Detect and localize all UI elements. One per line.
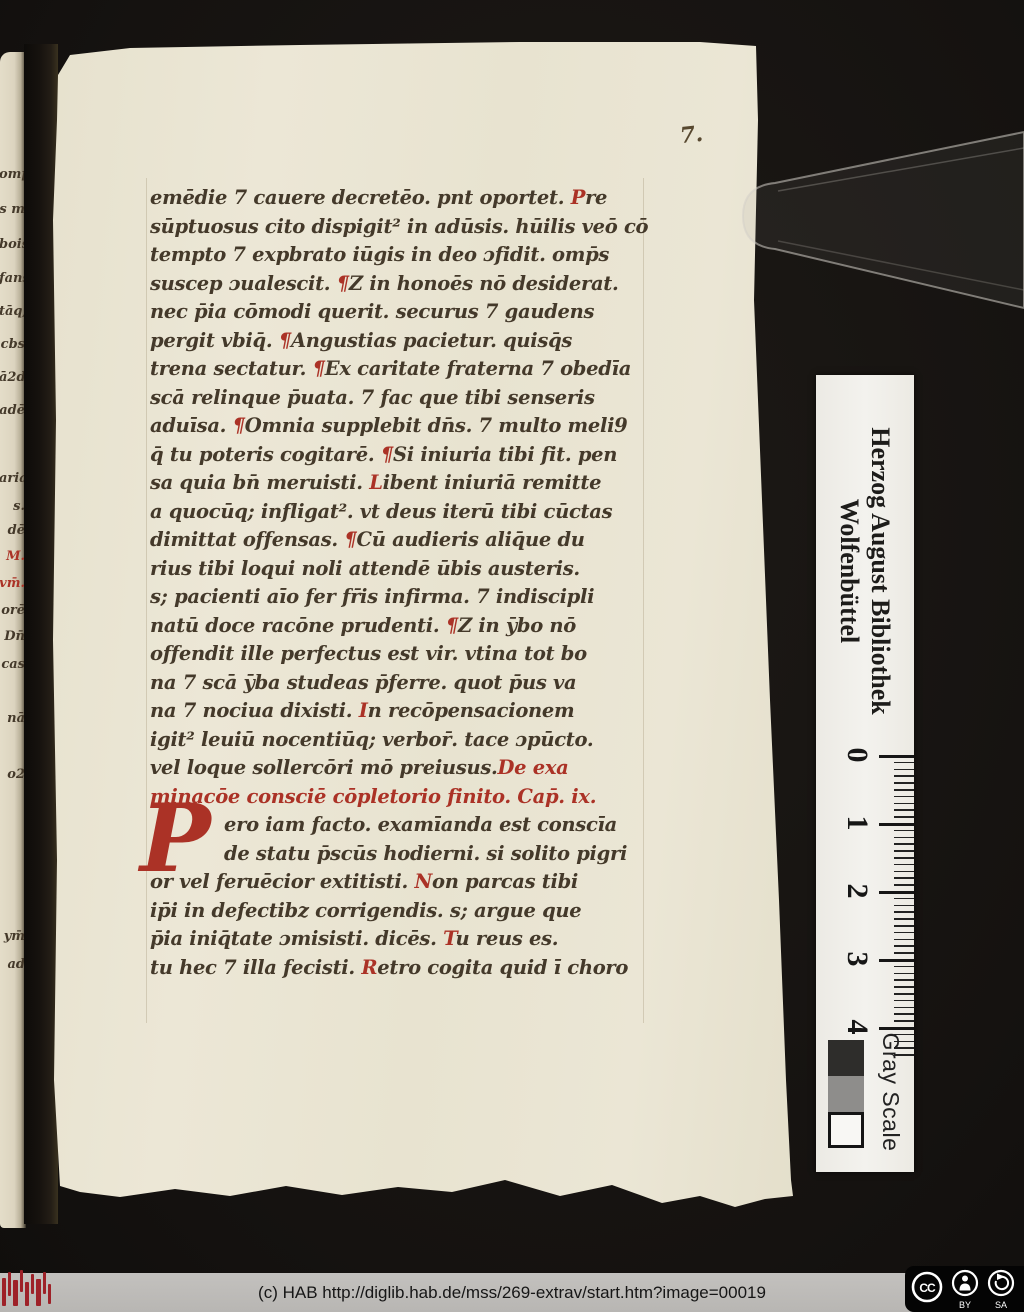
plexi-outline	[743, 132, 1024, 308]
ink-segment: vel loque sollercōri mō preiusus.	[150, 756, 498, 779]
scale-card-content: Herzog August Bibliothek Wolfenbüttel 01…	[816, 375, 914, 1172]
cc-license-icons: CC BY SA	[905, 1266, 1024, 1312]
ink-segment: tu hec 7 illa fecisti.	[150, 956, 361, 979]
ink-segment: Angustias pacietur. quisq̄s	[291, 329, 572, 352]
ink-segment: suscep ɔualescit.	[150, 272, 337, 295]
by-icon-body	[960, 1284, 971, 1291]
manuscript-line: a quocūq; infligat². vt deus iterū tibi …	[150, 500, 680, 529]
manuscript-line: suscep ɔualescit. ¶Z in honoēs nō deside…	[150, 272, 680, 301]
rubric-segment: T	[443, 927, 455, 950]
gray-scale-label: Gray Scale	[877, 1027, 904, 1157]
facing-page-text-fragment: aria.	[0, 472, 26, 486]
barcode-bar	[20, 1270, 23, 1292]
ruler-tick	[894, 1020, 914, 1022]
ink-segment: na 7 nociua dixisti.	[150, 699, 359, 722]
ruler-number: 2	[840, 871, 874, 911]
ruler-tick	[894, 918, 914, 920]
manuscript-line: de statu p̄scūs hodierni. si solito pigr…	[224, 842, 680, 871]
manuscript-line: tu hec 7 illa fecisti. Retro cogita quid…	[150, 956, 680, 985]
ink-segment: q̄ tu poteris cogitarē.	[150, 443, 381, 466]
facing-page-text-fragment: fans	[0, 272, 26, 286]
rubric-segment: ¶	[313, 357, 325, 380]
ink-segment: trena sectatur.	[150, 357, 313, 380]
facing-page-text-fragment: adē	[0, 404, 26, 418]
rubric-segment: ¶	[233, 414, 245, 437]
facing-page-text-fragment: ā2d	[0, 371, 26, 385]
ink-segment: n recōpensacionem	[368, 699, 575, 722]
ink-segment: tempto 7 expbrato iūgis in deo ɔfidit. o…	[150, 243, 609, 266]
ink-segment: dimittat offensas.	[150, 528, 344, 551]
ruler-number: 1	[840, 803, 874, 843]
rubric-segment: N	[414, 870, 432, 893]
ink-segment: aduīsa.	[150, 414, 233, 437]
manuscript-line: aduīsa. ¶Omnia supplebit dn̄s. 7 multo m…	[150, 414, 680, 443]
ink-segment: Si iniuria tibi fit. pen	[393, 443, 617, 466]
ruler-tick	[894, 809, 914, 811]
rubric-segment: L	[369, 471, 382, 494]
ruler-tick	[894, 816, 914, 818]
ink-segment: u reus es.	[456, 927, 559, 950]
ruler-number: 0	[840, 735, 874, 775]
facing-page-text-fragment: s.	[0, 500, 26, 514]
facing-page-text-fragment: ym̄	[0, 930, 26, 944]
ruler-tick	[894, 789, 914, 791]
manuscript-line: ero iam facto. examīanda est conscīa	[224, 813, 680, 842]
manuscript-line: na 7 nociua dixisti. In recōpensacionem	[150, 699, 680, 728]
ruler-tick	[894, 871, 914, 873]
ink-segment: a quocūq; infligat². vt deus iterū tibi …	[150, 500, 612, 523]
ink-segment: ibent iniuriā remitte	[383, 471, 602, 494]
sa-icon	[989, 1271, 1013, 1295]
facing-page-text-fragment: dē	[0, 524, 26, 538]
barcode-bar	[43, 1272, 46, 1294]
facing-page-edge: ompās mboisfanstāq;cbsā2dadēaria.s.dēM.v…	[0, 52, 26, 1228]
manuscript-text-block: emēdie 7 cauere decretēo. pnt oportet. P…	[150, 186, 680, 984]
ruler-tick	[894, 1007, 914, 1009]
gray-scale-patch	[828, 1040, 864, 1076]
barcode-bar	[48, 1284, 51, 1304]
ruler-tick	[894, 952, 914, 954]
ink-segment: etro cogita quid ī choro	[377, 956, 628, 979]
facing-page-text-fragment: Dn̄	[0, 630, 26, 644]
manuscript-line: igit² leuiū nocentiūq; verbor̄. tace ɔpū…	[150, 728, 680, 757]
manuscript-line: sa quia bn̄ meruisti. Libent iniuriā rem…	[150, 471, 680, 500]
gray-scale-patches	[828, 1040, 864, 1148]
ruler-tick	[894, 966, 914, 968]
manuscript-line: p̄ia iniq̄tate ɔmisisti. dicēs. Tu reus …	[150, 927, 680, 956]
rubric-segment: ¶	[381, 443, 393, 466]
ruler-tick	[894, 898, 914, 900]
ruler-tick	[894, 986, 914, 988]
ruler-tick	[894, 945, 914, 947]
sa-icon-arrowhead	[997, 1274, 1005, 1281]
ink-segment: Omnia supplebit dn̄s. 7 multo meli9	[245, 414, 628, 437]
ruler-tick	[879, 755, 914, 758]
ruler-tick	[894, 939, 914, 941]
ruler-tick	[894, 1000, 914, 1002]
manuscript-line: offendit ille perfectus est vir. vtina t…	[150, 642, 680, 671]
facing-page-text-fragment: bois	[0, 238, 26, 252]
manuscript-line: q̄ tu poteris cogitarē. ¶Si iniuria tibi…	[150, 443, 680, 472]
ruler-number: 3	[840, 939, 874, 979]
rubric-segment: P	[571, 186, 585, 209]
manuscript-line: dimittat offensas. ¶Cū audieris aliq̄ue …	[150, 528, 680, 557]
manuscript-line: nec p̄ia cōmodi querit. securus 7 gauden…	[150, 300, 680, 329]
ruler-tick	[894, 857, 914, 859]
by-icon-head	[962, 1276, 968, 1282]
ink-segment: on parcas tibi	[432, 870, 578, 893]
barcode-bar	[25, 1282, 29, 1306]
manuscript-line: scā relinque p̄uata. 7 fac que tibi sens…	[150, 386, 680, 415]
ruler-tick	[879, 959, 914, 962]
barcode-bar	[31, 1274, 34, 1294]
gray-scale-patch	[828, 1112, 864, 1148]
ruler-tick	[894, 979, 914, 981]
ruler-tick	[894, 830, 914, 832]
ink-segment: Z in ȳbo nō	[458, 614, 576, 637]
sa-label: SA	[995, 1300, 1007, 1310]
cc-icon-text: CC	[919, 1281, 936, 1295]
ruler-tick	[894, 1013, 914, 1015]
rubric-segment: minacōe consciē cōpletorio finito. Cap̄.…	[150, 785, 596, 808]
manuscript-line: s; pacienti aīo fer fr̄is infirma. 7 ind…	[150, 585, 680, 614]
rubric-segment: ¶	[337, 272, 349, 295]
ruler-tick	[894, 850, 914, 852]
barcode-bar	[13, 1280, 18, 1306]
manuscript-page: 7. emēdie 7 cauere decretēo. pnt oportet…	[28, 38, 796, 1218]
manuscript-line: emēdie 7 cauere decretēo. pnt oportet. P…	[150, 186, 680, 215]
manuscript-line: sūptuosus cito dispigit² in adūsis. hūil…	[150, 215, 680, 244]
facing-page-text-fragment: cas	[0, 658, 26, 672]
ruler-tick	[894, 843, 914, 845]
ink-segment: Z in honoēs nō desiderat.	[349, 272, 619, 295]
ruler-tick	[894, 877, 914, 879]
ink-segment: igit² leuiū nocentiūq; verbor̄. tace ɔpū…	[150, 728, 593, 751]
ink-segment: p̄ia iniq̄tate ɔmisisti. dicēs.	[150, 927, 443, 950]
manuscript-line: vel loque sollercōri mō preiusus.De exa	[150, 756, 680, 785]
rubric-segment: ¶	[279, 329, 291, 352]
ink-segment: ip̄i in defectibz corrigendis. s; argue …	[150, 899, 581, 922]
margin-ruling-left	[146, 178, 147, 1023]
gray-scale-patch	[828, 1076, 864, 1112]
gutter-shadow	[24, 44, 58, 1224]
ruler-tick	[879, 891, 914, 894]
ruler-tick	[894, 837, 914, 839]
ruler-tick	[894, 864, 914, 866]
manuscript-line: rius tibi loqui noli attendē ūbis auster…	[150, 557, 680, 586]
barcode-bar	[2, 1278, 6, 1306]
ink-segment: nec p̄ia cōmodi querit. securus 7 gauden…	[150, 300, 594, 323]
facing-page-text-fragment: vm̄.	[0, 577, 26, 591]
ink-segment: rius tibi loqui noli attendē ūbis auster…	[150, 557, 580, 580]
ruler-tick	[894, 925, 914, 927]
scale-card: Herzog August Bibliothek Wolfenbüttel 01…	[816, 375, 914, 1172]
facing-page-text-fragment: ompā	[0, 168, 26, 182]
facing-page-text-fragment: orē	[0, 604, 26, 618]
ruler-tick	[894, 932, 914, 934]
ink-segment: natū doce racōne prudenti.	[150, 614, 446, 637]
rubric-segment: De exa	[498, 756, 569, 779]
manuscript-line: minacōe consciē cōpletorio finito. Cap̄.…	[150, 785, 680, 814]
manuscript-line: natū doce racōne prudenti. ¶Z in ȳbo nō	[150, 614, 680, 643]
ink-segment: Ex caritate fraterna 7 obedīa	[325, 357, 631, 380]
ink-segment: emēdie 7 cauere decretēo. pnt oportet.	[150, 186, 571, 209]
manuscript-line: tempto 7 expbrato iūgis in deo ɔfidit. o…	[150, 243, 680, 272]
ruler-tick	[894, 884, 914, 886]
manuscript-line: or vel feruēcior extitisti. Non parcas t…	[150, 870, 680, 899]
facing-page-text-fragment: ad	[0, 958, 26, 972]
manuscript-line: na 7 scā ȳba studeas p̄ferre. quot p̄us …	[150, 671, 680, 700]
ruler-tick	[894, 769, 914, 771]
barcode-bar	[8, 1272, 11, 1296]
ruler-tick	[894, 973, 914, 975]
rubric-segment: R	[361, 956, 377, 979]
rubric-segment: I	[359, 699, 368, 722]
manuscript-line: pergit vbiq̄. ¶Angustias pacietur. quisq…	[150, 329, 680, 358]
ink-segment: sa quia bn̄ meruisti.	[150, 471, 369, 494]
rubric-segment: ¶	[344, 528, 356, 551]
ruler-tick	[894, 911, 914, 913]
ink-segment: offendit ille perfectus est vir. vtina t…	[150, 642, 587, 665]
plexi-shadow-edge	[778, 241, 1024, 290]
ruler-tick	[894, 775, 914, 777]
manuscript-line: ip̄i in defectibz corrigendis. s; argue …	[150, 899, 680, 928]
plexi-highlight	[778, 148, 1024, 191]
facing-page-text-fragment: s m	[0, 203, 26, 217]
barcode-mark	[2, 1270, 54, 1310]
ink-segment: de statu p̄scūs hodierni. si solito pigr…	[224, 842, 627, 865]
ink-segment: s; pacienti aīo fer fr̄is infirma. 7 ind…	[150, 585, 594, 608]
by-icon	[953, 1271, 977, 1295]
footer-bar: (c) HAB http://diglib.hab.de/mss/269-ext…	[0, 1273, 1024, 1312]
ruler-tick	[894, 905, 914, 907]
cc-license-badge: CC BY SA	[905, 1266, 1024, 1312]
manuscript-line: trena sectatur. ¶Ex caritate fraterna 7 …	[150, 357, 680, 386]
ink-segment: scā relinque p̄uata. 7 fac que tibi sens…	[150, 386, 595, 409]
by-label: BY	[959, 1300, 971, 1310]
ruler-tick	[894, 762, 914, 764]
ruler-tick	[894, 782, 914, 784]
facing-page-text-fragment: M.	[0, 550, 26, 564]
rubricated-initial: P	[140, 794, 211, 884]
ink-segment: Cū audieris aliq̄ue du	[356, 528, 584, 551]
facing-page-text-fragment: nā	[0, 712, 26, 726]
facing-page-text-fragment: tāq;	[0, 305, 26, 319]
ink-segment: re	[585, 186, 607, 209]
ink-segment: pergit vbiq̄.	[150, 329, 279, 352]
ink-segment: sūptuosus cito dispigit² in adūsis. hūil…	[150, 215, 648, 238]
ruler-tick	[879, 823, 914, 826]
barcode-bar	[36, 1279, 41, 1306]
ink-segment: na 7 scā ȳba studeas p̄ferre. quot p̄us …	[150, 671, 576, 694]
ruler-tick	[894, 803, 914, 805]
facing-page-text-fragment: cbs	[0, 338, 26, 352]
folio-number: 7.	[679, 121, 705, 149]
ruler-tick	[894, 796, 914, 798]
ink-segment: ero iam facto. examīanda est conscīa	[224, 813, 617, 836]
facing-page-text-fragment: o2	[0, 768, 26, 782]
copyright-text: (c) HAB http://diglib.hab.de/mss/269-ext…	[0, 1283, 1024, 1303]
ruler-tick	[894, 993, 914, 995]
rubric-segment: ¶	[446, 614, 458, 637]
